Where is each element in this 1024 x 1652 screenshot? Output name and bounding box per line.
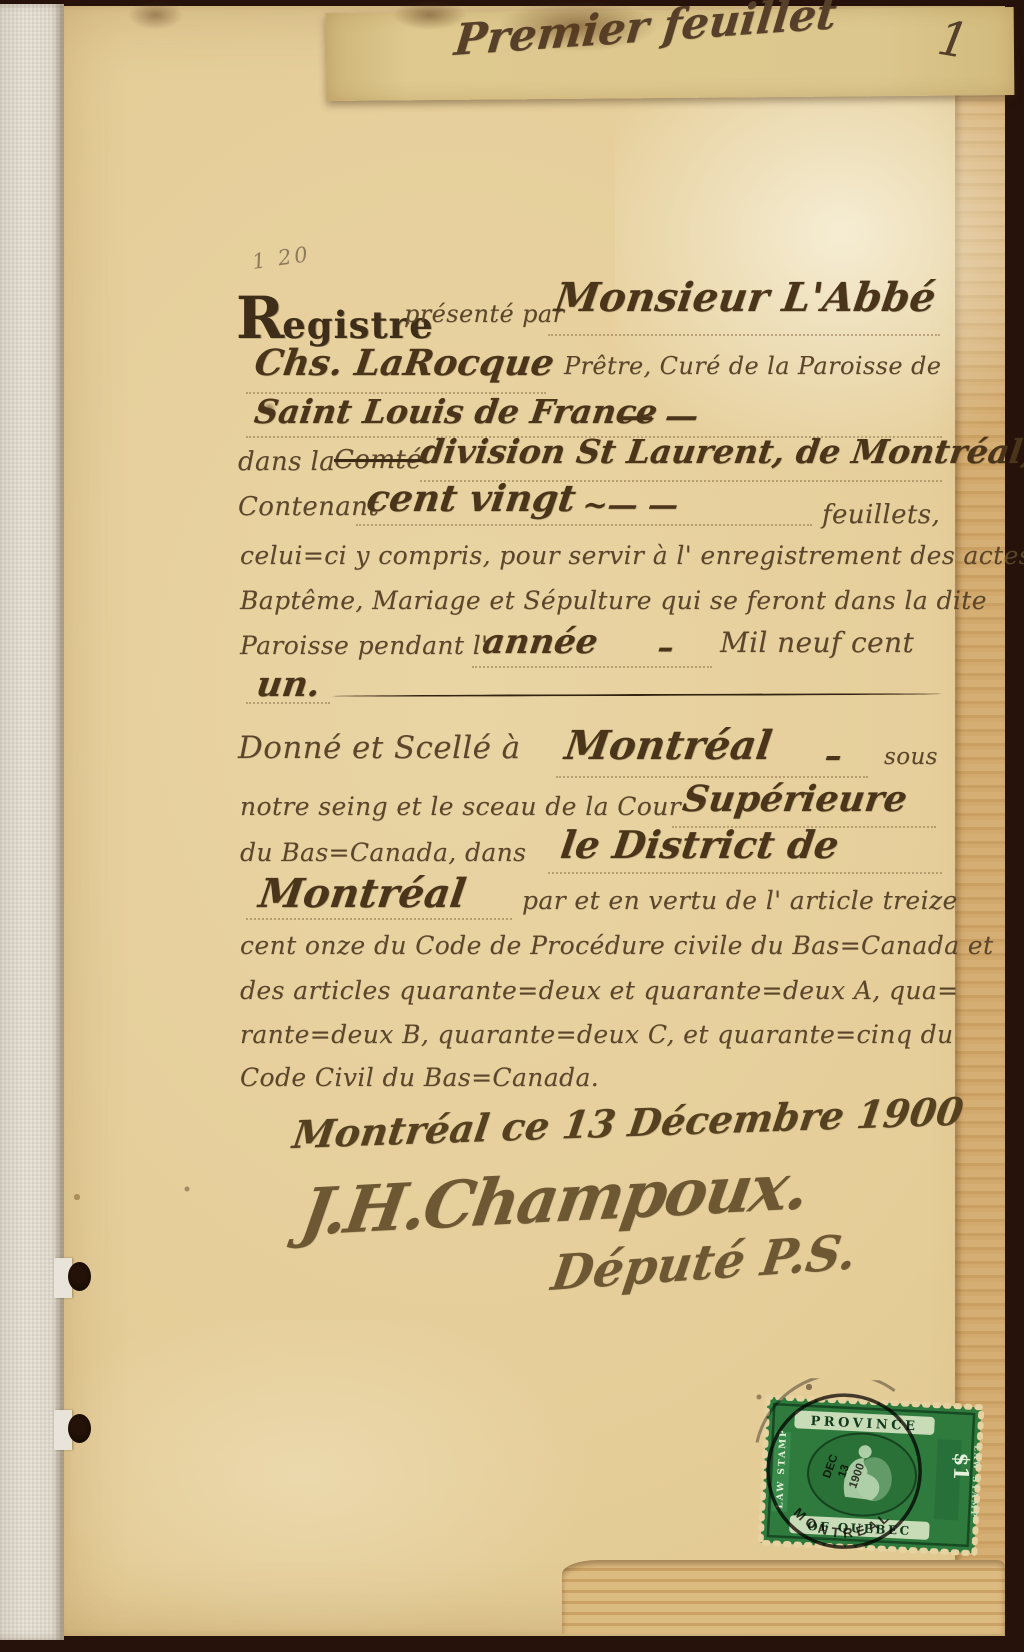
hand-district: le District de bbox=[558, 822, 842, 867]
printed-body4: notre seing et le sceau de la Cour bbox=[240, 792, 681, 821]
hand-parish-dash: — — bbox=[618, 396, 701, 435]
hand-presenter: Monsieur L'Abbé bbox=[552, 274, 939, 321]
printed-body9: rante=deux B, quarante=deux C, et quaran… bbox=[240, 1020, 953, 1049]
hand-cour: Supérieure bbox=[680, 778, 910, 820]
revenue-stamp: PROVINCE OF QUEBEC LAW STAMP $1 LAW STAM… bbox=[737, 1376, 1003, 1574]
printed-mil-neuf-cent: Mil neuf cent bbox=[720, 626, 914, 659]
scanned-register-page: Premier feuillet 1 1 20 Registre présent… bbox=[0, 0, 1024, 1652]
printed-body6: par et en vertu de l' article treize bbox=[522, 886, 958, 915]
printed-body7: cent onze du Code de Procédure civile du… bbox=[240, 931, 993, 960]
printed-contenant: Contenant bbox=[238, 492, 379, 522]
printed-comte-struck: Comté bbox=[334, 445, 422, 475]
printed-body5: du Bas=Canada, dans bbox=[240, 838, 526, 867]
hand-count: cent vingt bbox=[364, 476, 579, 520]
printed-body2: Baptême, Mariage et Sépulture qui se fer… bbox=[240, 586, 987, 615]
printed-presented-by: présenté par bbox=[404, 300, 564, 328]
fill-line bbox=[548, 872, 942, 874]
hand-city: Montréal bbox=[562, 722, 775, 769]
hand-priest-name: Chs. LaRocque bbox=[252, 342, 557, 384]
punch-hole bbox=[68, 1262, 91, 1291]
hand-un: un. bbox=[254, 664, 323, 705]
printed-body10: Code Civil du Bas=Canada. bbox=[240, 1063, 599, 1092]
fill-line bbox=[356, 524, 812, 526]
printed-dans-la: dans la bbox=[238, 447, 335, 477]
printed-sous: sous bbox=[884, 744, 938, 770]
ink-specks bbox=[0, 0, 2, 2]
fill-line bbox=[548, 334, 940, 336]
hand-parish: Saint Louis de France bbox=[252, 392, 660, 431]
hand-division: division St Laurent, de Montréal, bbox=[418, 432, 1024, 471]
fill-line bbox=[472, 666, 712, 668]
page-edge-stack bbox=[955, 92, 1005, 1592]
hand-count-dash: ~— — bbox=[580, 488, 681, 523]
printed-body3: Paroisse pendant l' bbox=[240, 631, 488, 660]
hand-annee: année bbox=[480, 622, 600, 662]
printed-priest-title: Prêtre, Curé de la Paroisse de bbox=[564, 352, 941, 380]
printed-feuillets: feuillets, bbox=[822, 500, 940, 530]
cloth-binding-strip bbox=[0, 4, 64, 1640]
printed-donne-scelle: Donné et Scellé à bbox=[238, 730, 521, 766]
hand-district-city: Montréal bbox=[256, 870, 469, 917]
printed-body8: des articles quarante=deux et quarante=d… bbox=[240, 976, 959, 1005]
punch-hole bbox=[68, 1414, 91, 1443]
fill-line bbox=[246, 918, 512, 920]
printed-body1: celui=ci y compris, pour servir à l' enr… bbox=[240, 541, 1024, 570]
stamp-denomination: $1 bbox=[949, 1452, 974, 1481]
fill-line bbox=[246, 702, 330, 704]
